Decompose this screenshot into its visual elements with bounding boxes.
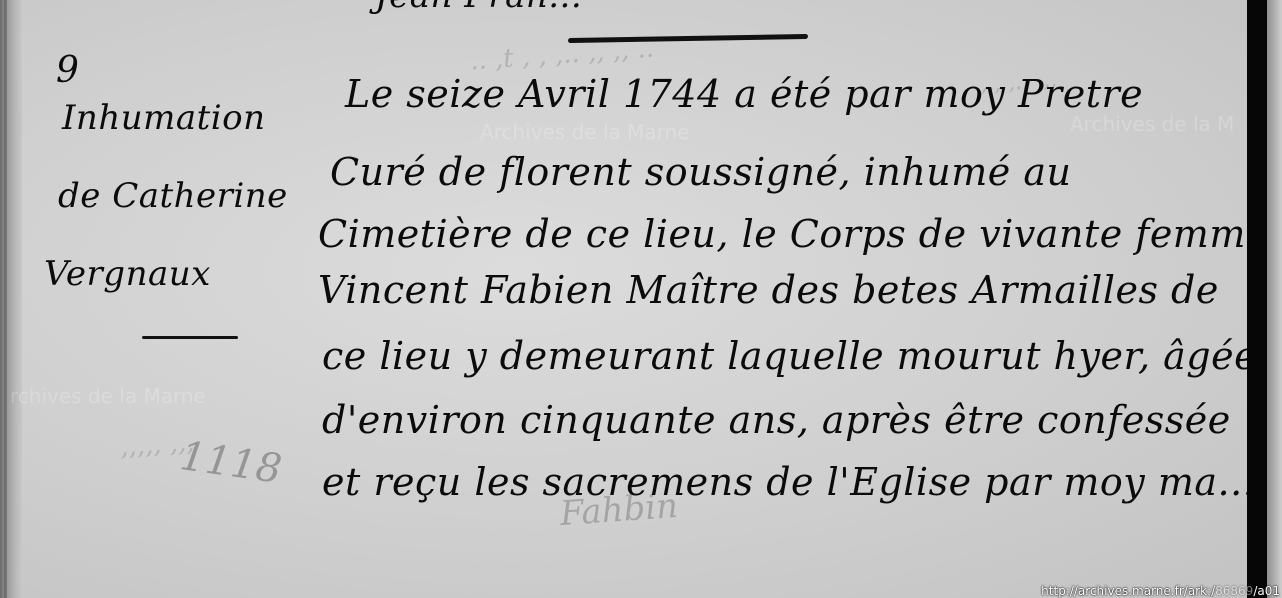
margin-name-first: de Catherine [58, 176, 288, 216]
archive-watermark: rchives de la Marne [10, 384, 206, 408]
separator-rule [568, 34, 808, 43]
source-url-overlay: http://archives.marne.fr/ark:/86869/a01 [1041, 584, 1280, 598]
right-page-edge [1267, 0, 1282, 598]
body-line-2: Curé de florent soussigné, inhumé au [330, 150, 1072, 194]
archive-watermark: Archives de la Marne [480, 120, 690, 144]
previous-entry-fragment: Jean Fran... [375, 0, 582, 16]
right-gutter-fold [1247, 0, 1267, 598]
body-line-3: Cimetière de ce lieu, le Corps de vivant… [318, 212, 1282, 256]
url-suffix: /a01 [1253, 584, 1280, 598]
body-line-1: Le seize Avril 1744 a été par moy Pretre [345, 72, 1143, 116]
url-prefix: http://archives.marne.fr/ark:/ [1041, 584, 1215, 598]
margin-underline [142, 336, 238, 339]
faint-margin-number: 1118 [177, 433, 284, 493]
archive-watermark: Archives de la M [1070, 112, 1234, 136]
margin-title: Inhumation [62, 98, 266, 138]
body-line-6: d'environ cinquante ans, après être conf… [322, 398, 1231, 442]
entry-number: 9 [56, 50, 79, 91]
margin-name-last: Vergnaux [44, 254, 211, 294]
body-line-7: et reçu les sacremens de l'Eglise par mo… [322, 460, 1255, 504]
url-obscured-part: 86869 [1215, 584, 1253, 598]
document-scan: .. ,t , , ,.. ,, ,, .. ,,, ,.. ,,, ,,,,,… [0, 0, 1282, 598]
body-line-5: ce lieu y demeurant laquelle mourut hyer… [322, 334, 1257, 378]
body-line-4: Vincent Fabien Maître des betes Armaille… [318, 268, 1219, 312]
left-binding-line [4, 0, 7, 598]
